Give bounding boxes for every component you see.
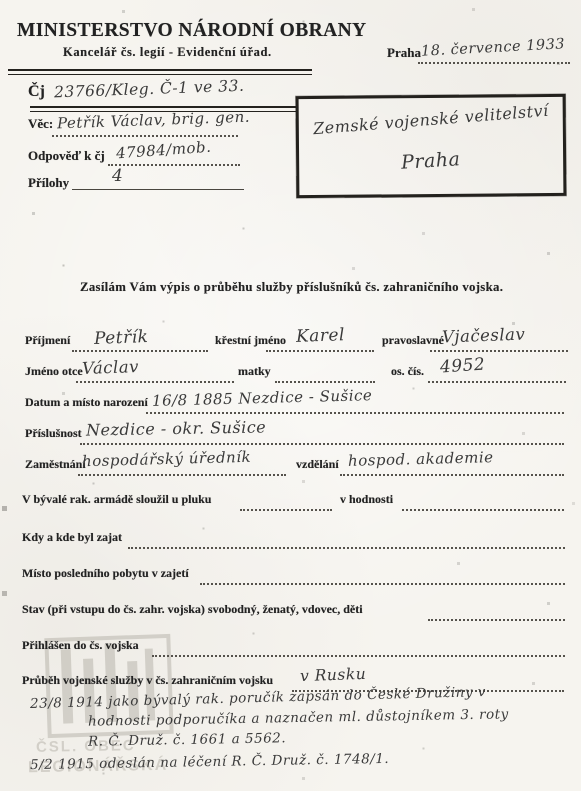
education-line [340,474,564,476]
reply-label: Odpověď k čj [28,148,105,164]
surname-line [72,350,208,352]
orthodox-name-label: pravoslavné [382,333,444,348]
reply-value-handwritten: 47984/mob. [115,138,211,163]
place-label: Praha [387,45,421,61]
enclosures-label: Přílohy [28,175,69,191]
father-name-label: Jméno otce [25,364,83,379]
surname-value-handwritten: Petřík [94,327,149,349]
stamp-addressee-line2: Praha [401,148,461,174]
cj-value-handwritten: 23766/Kleg. Č-1 ve 33. [54,77,245,102]
enclosures-value-handwritten: 4 [112,166,123,186]
enlisted-line [152,655,565,657]
subject-label: Věc: [28,116,53,132]
birth-line [146,412,564,414]
personal-number-line [428,381,566,383]
occupation-label: Zaměstnání [25,457,86,472]
education-value-handwritten: hospod. akademie [348,448,494,470]
captivity-place-line [200,583,565,585]
domicile-value-handwritten: Nezdice - okr. Sušice [86,417,266,439]
rank-line [402,509,564,511]
personal-number-value-handwritten: 4952 [439,354,486,377]
captured-label: Kdy a kde byl zajat [22,530,122,545]
austrian-army-line [240,509,332,511]
orthodox-name-value-handwritten: Vjačeslav [442,325,526,347]
first-name-label: křestní jméno [215,333,286,348]
surname-label: Příjmení [25,333,70,348]
scan-noise-artifacts [3,3,4,4]
austrian-army-label: V bývalé rak. armádě sloužil u pluku [22,492,211,507]
father-name-line [76,381,234,383]
first-name-line [266,350,374,352]
marital-status-label: Stav (při vstupu do čs. zahr. vojska) sv… [22,602,363,617]
scanned-document-page: ČSL. OBEC LEGIONÁŘSKÁ MINISTERSTVO NÁROD… [0,0,581,791]
date-line [418,62,570,64]
birth-value-handwritten: 16/8 1885 Nezdice - Sušice [152,386,373,410]
orthodox-name-line [430,350,568,352]
mother-name-line [275,381,375,383]
captivity-place-label: Místo posledního pobytu v zajetí [22,566,189,581]
service-record-line: R. Č. Druž. č. 1661 a 5562. [88,730,286,749]
mother-name-label: matky [238,364,271,379]
reply-underline [108,164,240,166]
enlisted-label: Přihlášen do čs. vojska [22,638,139,653]
education-label: vzdělání [296,457,339,472]
addressee-stamp-box: Zemské vojenské velitelství Praha [296,94,567,198]
date-handwritten: 18. července 1933 [421,36,566,60]
domicile-label: Příslušnost [25,426,82,441]
ministry-title: MINISTERSTVO NÁRODNÍ OBRANY [17,20,367,42]
domicile-line [80,443,564,445]
office-subtitle: Kancelář čs. legií - Evidenční úřad. [63,45,272,60]
personal-number-label: os. čís. [391,364,424,379]
marital-status-line [428,619,565,621]
cj-label: Čj [28,83,45,101]
service-course-value-handwritten: v Rusku [300,665,367,685]
birth-label: Datum a místo narození [25,395,148,410]
first-name-value-handwritten: Karel [296,325,346,347]
intro-sentence: Zasílám Vám výpis o průběhu služby přísl… [80,280,503,295]
stamp-addressee-line1: Zemské vojenské velitelství [312,101,549,138]
header-double-rule [8,69,312,75]
occupation-line [78,474,286,476]
rank-label: v hodnosti [340,492,393,507]
enclosures-underline [72,189,244,190]
service-course-label: Průběh vojenské služby v čs. zahraničním… [22,673,273,688]
father-name-value-handwritten: Václav [82,357,140,378]
occupation-value-handwritten: hospodářský úředník [82,448,252,470]
captured-line [128,547,565,549]
